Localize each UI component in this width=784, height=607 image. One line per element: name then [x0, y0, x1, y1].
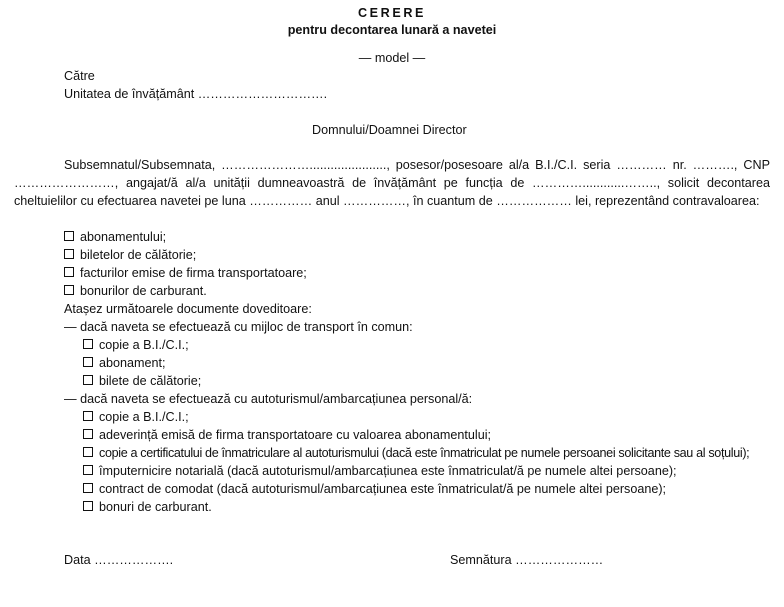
option-item[interactable]: abonamentului; — [64, 228, 413, 246]
document-title: CERERE — [0, 6, 784, 20]
personal-vehicle-section: — dacă naveta se efectuează cu autoturis… — [64, 390, 472, 408]
attachments-intro: Atașez următoarele documente doveditoare… — [64, 300, 413, 318]
personal-vehicle-heading: — dacă naveta se efectuează cu autoturis… — [64, 390, 472, 408]
attachment-item[interactable]: adeverință emisă de firma transportatoar… — [83, 426, 749, 444]
attachment-item[interactable]: abonament; — [83, 354, 201, 372]
checkbox-icon[interactable] — [64, 267, 74, 277]
addressee-unit: Unitatea de învățământ …………………………. — [64, 87, 327, 101]
checkbox-icon[interactable] — [83, 483, 93, 493]
model-label: — model — — [0, 51, 784, 65]
checkbox-icon[interactable] — [64, 249, 74, 259]
public-transport-heading: — dacă naveta se efectuează cu mijloc de… — [64, 318, 413, 336]
attachment-item[interactable]: bilete de călătorie; — [83, 372, 201, 390]
checkbox-icon[interactable] — [64, 285, 74, 295]
addressee-to: Către — [64, 69, 95, 83]
option-item[interactable]: facturilor emise de firma transportatoar… — [64, 264, 413, 282]
request-paragraph: Subsemnatul/Subsemnata, ………………….........… — [14, 156, 770, 210]
reimbursement-options: abonamentului; biletelor de călătorie; f… — [64, 228, 413, 336]
checkbox-icon[interactable] — [83, 375, 93, 385]
checkbox-icon[interactable] — [64, 231, 74, 241]
request-paragraph-text: Subsemnatul/Subsemnata, ………………….........… — [14, 158, 770, 208]
checkbox-icon[interactable] — [83, 501, 93, 511]
date-field[interactable]: Data ………………. — [64, 553, 173, 567]
checkbox-icon[interactable] — [83, 447, 93, 457]
attachment-item[interactable]: împuternicire notarială (dacă autoturism… — [83, 462, 749, 480]
checkbox-icon[interactable] — [83, 339, 93, 349]
attachment-item[interactable]: bonuri de carburant. — [83, 498, 749, 516]
checkbox-icon[interactable] — [83, 465, 93, 475]
signature-field[interactable]: Semnătura ………………… — [450, 553, 603, 567]
addressee-director: Domnului/Doamnei Director — [312, 123, 467, 137]
checkbox-icon[interactable] — [83, 357, 93, 367]
document-subtitle: pentru decontarea lunară a navetei — [0, 23, 784, 37]
attachment-item[interactable]: copie a B.I./C.I.; — [83, 408, 749, 426]
checkbox-icon[interactable] — [83, 411, 93, 421]
checkbox-icon[interactable] — [83, 429, 93, 439]
attachment-item[interactable]: copie a B.I./C.I.; — [83, 336, 201, 354]
public-transport-items: copie a B.I./C.I.; abonament; bilete de … — [83, 336, 201, 390]
option-item[interactable]: biletelor de călătorie; — [64, 246, 413, 264]
personal-vehicle-items: copie a B.I./C.I.; adeverință emisă de f… — [83, 408, 749, 516]
attachment-item[interactable]: contract de comodat (dacă autoturismul/a… — [83, 480, 749, 498]
option-item[interactable]: bonurilor de carburant. — [64, 282, 413, 300]
attachment-item[interactable]: copie a certificatului de înmatriculare … — [83, 444, 749, 462]
